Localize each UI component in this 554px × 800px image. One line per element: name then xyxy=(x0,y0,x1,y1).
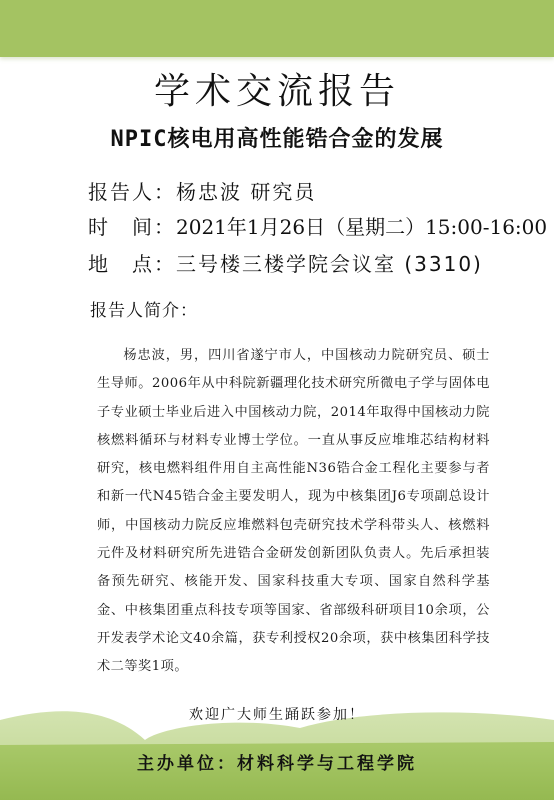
place-row: 地 点：三号楼三楼学院会议室 (3310) xyxy=(88,248,483,277)
speaker-bio: 杨忠波，男，四川省遂宁市人，中国核动力院研究员、硕士生导师。2006年从中科院新… xyxy=(97,342,490,682)
bio-heading: 报告人简介： xyxy=(90,296,198,321)
speaker-value: 杨忠波 研究员 xyxy=(176,180,316,204)
poster-title: 学术交流报告 xyxy=(0,63,554,114)
time-value: 2021年1月26日（星期二）15:00-16:00 xyxy=(176,215,547,239)
welcome-message: 欢迎广大师生踊跃参加！ xyxy=(0,704,554,724)
time-row: 时 间：2021年1月26日（星期二）15:00-16:00 xyxy=(88,211,547,240)
time-label: 时 间： xyxy=(88,215,176,239)
place-label: 地 点： xyxy=(88,252,176,276)
speaker-row: 报告人：杨忠波 研究员 xyxy=(88,176,316,205)
speaker-label: 报告人： xyxy=(88,180,176,204)
report-topic: NPIC核电用高性能锆合金的发展 xyxy=(0,122,554,153)
top-green-band xyxy=(0,0,554,57)
place-value: 三号楼三楼学院会议室 (3310) xyxy=(176,252,483,276)
host-organization: 主办单位：材料科学与工程学院 xyxy=(0,749,554,774)
